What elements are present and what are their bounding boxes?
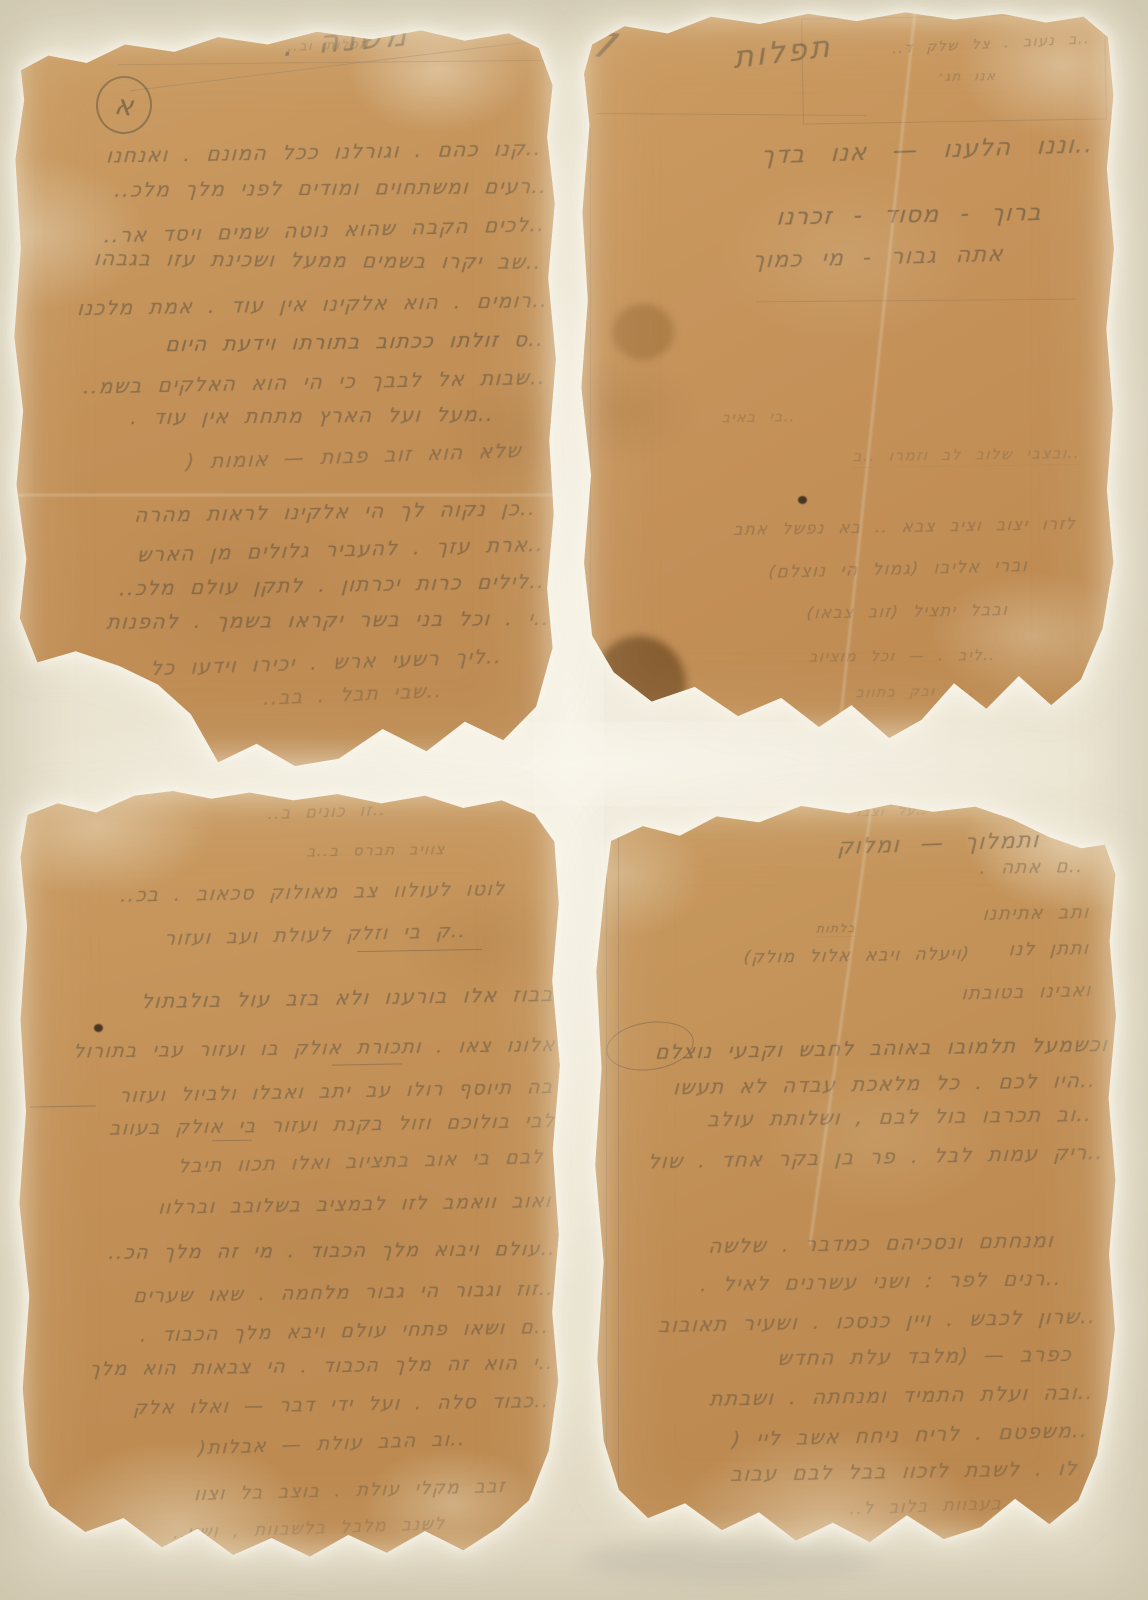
- top-note: ..על וצבו: [857, 804, 929, 819]
- handwritten-line: לזרו יצוב וציב צבא .. בא נפשל אתב: [733, 516, 1077, 538]
- crease-line: [809, 802, 873, 1245]
- fragment-top-left-paper: תפלות וב.. משנה . א ..קנו כהם . וגורלנו …: [10, 26, 558, 766]
- handwritten-line: ובבל יתציל (זוב צבאו): [806, 602, 1009, 622]
- fragment-top-right-paper: ..ב נעוב . צל שלק ד.. אנו תג׳ תפלות ל ..…: [576, 8, 1116, 738]
- handwritten-line: ..רנים לפר : ושני עשרנים לאיל .: [700, 1268, 1063, 1294]
- handwritten-line: ..ס זולתו ככתוב בתורתו וידעת היום: [164, 329, 544, 354]
- margin-line: [618, 830, 619, 1510]
- ink-speck: [94, 1024, 103, 1032]
- handwritten-line: ..זו כונים ב..: [267, 802, 386, 822]
- handwritten-line: ..שב יקרו בשמים ממעל ושכינת עזו בגבהו: [93, 248, 543, 272]
- margin-line: [606, 826, 607, 1514]
- handwritten-line: ברוך - מסוד - זכרנו: [776, 202, 1043, 230]
- handwritten-line: ותתן לנו: [1009, 940, 1091, 959]
- corner-note: אנו תג׳: [937, 70, 996, 84]
- stain: [592, 636, 686, 734]
- handwritten-line: ..מעל ועל הארץ מתחת אין עוד .: [130, 404, 495, 427]
- handwritten-line: ..ק בי וזלק לעולת ועב ועזור: [164, 922, 467, 949]
- handwritten-line: ..זוז וגבור הי גבור מלחמה . שאו שערים: [133, 1280, 555, 1306]
- underline-mark: [212, 1140, 252, 1142]
- handwritten-line: ..וב הבב עולת — אבלות(: [198, 1430, 466, 1458]
- handwritten-line: ..שרון לכבש . ויין כנסכו . ושעיר תאובוב: [657, 1306, 1096, 1335]
- crease-line: [10, 494, 558, 496]
- handwritten-line: ..כבוד סלה . ועל ידי דבר — ואלו אלק: [133, 1392, 551, 1418]
- handwritten-line: שלא הוא זוב פבות — אומות (: [185, 440, 522, 472]
- fragment-top-right: ..ב נעוב . צל שלק ד.. אנו תג׳ תפלות ל ..…: [576, 8, 1116, 738]
- handwritten-line: לבי בולוכם וזול בקנת ועזור בי אולק בעווב: [109, 1112, 556, 1139]
- handwritten-line: ..י . וכל בני בשר יקראו בשמך . להפנות: [106, 608, 551, 632]
- page-number-mark: א: [93, 73, 155, 137]
- handwritten-line: ותב אתיתנו: [983, 904, 1091, 924]
- handwritten-line: וכשמעל תלמובו באוהב לחבש וקבעי נוצלם: [654, 1034, 1108, 1062]
- handwritten-line: ..וננו הלענו — אנו בדך: [761, 132, 1095, 168]
- handwritten-line: לו . לשבת לזכוו בבל לבם עבוב: [730, 1458, 1079, 1484]
- handwritten-line: צוויב תברס ב..ב: [307, 842, 447, 859]
- handwritten-line: ..ליך רשעי ארש . יכירו וידעו כל ..: [119, 646, 502, 679]
- handwritten-line: כפרב — (מלבד עלת החדש: [777, 1344, 1073, 1368]
- handwritten-line: ..משפטם . לריח ניחח אשב ליי (: [731, 1420, 1088, 1449]
- handwritten-line: ..כן נקוה לך הי אלקינו לראות מהרה: [134, 498, 537, 525]
- manuscript-scan: תפלות וב.. משנה . א ..קנו כהם . וגורלנו …: [0, 0, 1148, 1600]
- handwritten-line: ..שבות אל לבבך כי הי הוא האלקים בשמ..: [82, 367, 546, 397]
- handwritten-line: ..קנו כהם . וגורלנו ככל המונם . ואנחנו: [106, 138, 543, 166]
- page-number: א: [113, 88, 135, 123]
- handwritten-line: ..היו לכם . כל מלאכת עבדה לא תעשו: [672, 1070, 1096, 1097]
- handwritten-line: לשנב מלבל בלשבוות , ושוו..: [173, 1516, 446, 1542]
- handwritten-line: ומנחתם ונסכיהם כמדבר . שלשה: [707, 1230, 1054, 1256]
- handwritten-line: ..ריק עמות לבל . פר בן בקר אחד . שול: [648, 1142, 1105, 1172]
- header-flourish: ל: [585, 16, 622, 65]
- handwritten-line: ..ם ושאו פתחי עולם ויבא מלך הכבוד .: [140, 1318, 550, 1346]
- underline-mark: [332, 1063, 402, 1065]
- handwritten-line: ..רעים ומשתחוים ומודים לפני מלך מלכ..: [114, 176, 548, 200]
- handwritten-line: ..עולם ויבוא מלך הכבוד . מי זה מלך הכ..: [108, 1240, 557, 1263]
- handwritten-line: ..רומים . הוא אלקינו אין עוד . אמת מלכנו: [76, 290, 548, 318]
- annotation: (ויעלה ויבא אלול מולק): [743, 946, 971, 967]
- fragment-bottom-right: ..על וצבו ותמלוך — ומלוק ..ם אתה . ותב א…: [590, 800, 1118, 1545]
- handwritten-line: זבב מקלי עולת . בוצב בל וצוו: [194, 1478, 507, 1504]
- handwritten-line: אתה גבור - מי כמוך: [752, 244, 1005, 273]
- section-header-mishnah: משנה .: [283, 20, 410, 62]
- handwritten-line: ..לכים הקבה שהוא נוטה שמים ויסד אר..: [104, 214, 547, 246]
- handwritten-line: ..ם אתה .: [980, 858, 1085, 878]
- handwritten-line: ..ובה ועלת התמיד ומנחתה . ושבתת: [709, 1382, 1095, 1409]
- handwritten-line: לבם בי אוב בתציוב ואלו תכוו תיבל: [178, 1148, 545, 1177]
- handwritten-line: ואבינו בטובתו: [961, 982, 1092, 1003]
- fragment-top-left: תפלות וב.. משנה . א ..קנו כהם . וגורלנו …: [10, 26, 558, 766]
- handwritten-line: בבוז אלו בורענו ולא בזב עול בולבתול: [141, 984, 555, 1011]
- handwritten-line: ..וב ובק בתווב: [856, 684, 977, 700]
- fragment-bottom-right-paper: ..על וצבו ותמלוך — ומלוק ..ם אתה . ותב א…: [590, 800, 1118, 1545]
- handwritten-line: ..י הוא זה מלך הכבוד . הי צבאות הוא מלך: [89, 1354, 555, 1379]
- handwritten-line: אלונו צאו . ותכורת אולק בו ועזור עבי בתו…: [73, 1036, 557, 1062]
- stain: [612, 304, 674, 360]
- handwritten-line: ..בי באיב: [722, 410, 797, 425]
- handwritten-line: ..ארת עזך . להעביר גלולים מן הארש: [137, 534, 545, 565]
- handwritten-line: ואוב וואמב לזו לבמציב בשלובב וברלוו: [158, 1192, 553, 1218]
- fragment-bottom-left: ..זו כונים ב.. צוויב תברס ב..ב לוטו לעול…: [14, 788, 562, 1558]
- handwritten-line: ..וב תכרבו בול לבם , ושלותת עולב: [706, 1104, 1092, 1129]
- ink-speck: [798, 496, 807, 504]
- interlinear-label: בלתות: [815, 922, 856, 938]
- handwritten-line: ..ובצבי שלוב לב וזמרו ..ב: [852, 446, 1081, 468]
- underline-mark: [357, 949, 482, 952]
- fragment-bottom-left-paper: ..זו כונים ב.. צוויב תברס ב..ב לוטו לעול…: [14, 788, 562, 1558]
- handwritten-line: לוטו לעולוו צב מאולוק סכאוב . בכ..: [120, 880, 506, 906]
- margin-line: [590, 128, 591, 683]
- handwritten-line: ..ליב . — וכל מוציוב: [809, 648, 997, 665]
- handwritten-line: ..שבי תבל . בב..: [263, 682, 443, 709]
- handwritten-line: בעבוות בלוב ל..: [849, 1496, 1003, 1518]
- backing-smudge: [580, 1540, 880, 1582]
- handwritten-line: ..לילים כרות יכרתון . לתקן עולם מלכ..: [119, 571, 547, 598]
- pencil-rule: [756, 299, 1076, 303]
- underline-mark: [30, 1105, 96, 1107]
- handwritten-line: וברי אליבו (גמול הי נוצלם): [768, 558, 1029, 582]
- handwritten-line: בה תיוסף רולו עב יתב ואבלו ולביול ועזור: [119, 1078, 555, 1106]
